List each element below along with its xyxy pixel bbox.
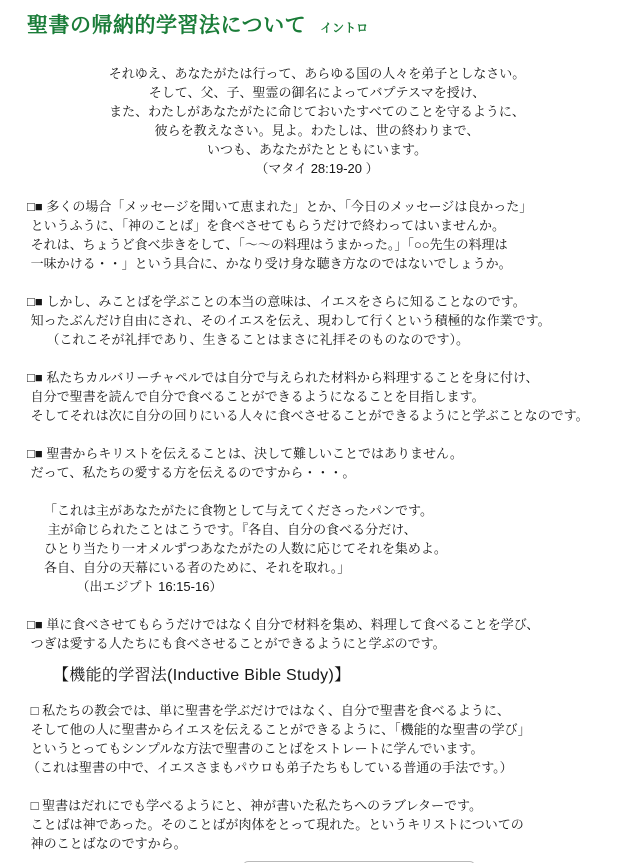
text-line: 「これは主があなたがたに食物として与えてくださったパンです。 [44, 501, 607, 520]
text-line: そしてそれは次に自分の回りにいる人々に食べさせることができるようにと学ぶことなの… [27, 406, 607, 425]
text-line: 知ったぶんだけ自由にされ、そのイエスを伝え、現わして行くという積極的な作業です。 [27, 311, 607, 330]
text-line: ひとり当たり一オメルずつあなたがたの人数に応じてそれを集めよ。 [44, 539, 607, 558]
text-line: （出エジプト 16:15-16） [44, 577, 607, 596]
text-line: 自分で聖書を読んで自分で食べることができるようになることを目指します。 [27, 387, 607, 406]
text-line: （これこそが礼拝であり、生きることはまさに礼拝そのものなのです）。 [27, 330, 607, 349]
text-line: □■ 多くの場合「メッセージを聞いて恵まれた」とか、「今日のメッセージは良かった… [27, 197, 607, 216]
text-line: □■ 単に食べさせてもらうだけではなく自分で材料を集め、料理して食べることを学び… [27, 615, 607, 634]
text-line: というふうに、「神のことば」を食べさせてもらうだけで終わってはいませんか。 [27, 216, 607, 235]
paragraph-listening-passively: □■ 多くの場合「メッセージを聞いて恵まれた」とか、「今日のメッセージは良かった… [27, 197, 607, 273]
paragraph-sharing-christ: □■ 聖書からキリストを伝えることは、決して難しいことではありません。 だって、… [27, 444, 607, 482]
text-line: □■ 聖書からキリストを伝えることは、決して難しいことではありません。 [27, 444, 607, 463]
paragraph-love-letter: □ 聖書はだれにでも学べるようにと、神が書いた私たちへのラブレターです。 ことば… [27, 796, 607, 853]
text-line: ことばは神であった。そのことばが肉体をとって現れた。というキリストについての [27, 815, 607, 834]
paragraph-calvary-chapel: □■ 私たちカルバリーチャペルでは自分で与えられた材料から料理することを身に付け… [27, 368, 607, 425]
document-page: 聖書の帰納的学習法についてイントロ それゆえ、あなたがたは行って、あらゆる国の人… [0, 0, 634, 863]
text-line: というとってもシンプルな方法で聖書のことばをストレートに学んでいます。 [27, 739, 607, 758]
matthew-quote-block: それゆえ、あなたがたは行って、あらゆる国の人々を弟子としなさい。そして、父、子、… [27, 64, 607, 178]
text-line: 神のことばなのですから。 [27, 834, 607, 853]
text-line: 各自、自分の天幕にいる者のために、それを取れ。」 [44, 558, 607, 577]
text-line: （マタイ 28:19-20 ） [27, 159, 607, 178]
text-line: □■ しかし、みことばを学ぶことの本当の意味は、イエスをさらに知ることなのです。 [27, 292, 607, 311]
text-line: 彼らを教えなさい。見よ。わたしは、世の終わりまで、 [27, 121, 607, 140]
section-heading-inductive-bible-study: 【機能的学習法(Inductive Bible Study)】 [53, 665, 607, 687]
text-line: そして他の人に聖書からイエスを伝えることができるように、「機能的な聖書の学び」 [27, 720, 607, 739]
paragraph-learn-to-cook: □■ 単に食べさせてもらうだけではなく自分で材料を集め、料理して食べることを学び… [27, 615, 607, 653]
text-line: また、わたしがあなたがたに命じておいたすべてのことを守るように、 [27, 102, 607, 121]
text-line: □ 聖書はだれにでも学べるようにと、神が書いた私たちへのラブレターです。 [27, 796, 607, 815]
document-title: 聖書の帰納的学習法について [27, 14, 306, 37]
text-line: つぎは愛する人たちにも食べさせることができるようにと学ぶのです。 [27, 634, 607, 653]
title-suffix-intro: イントロ [320, 21, 368, 35]
paragraph-knowing-jesus: □■ しかし、みことばを学ぶことの本当の意味は、イエスをさらに知ることなのです。… [27, 292, 607, 349]
text-line: それは、ちょうど食べ歩きをして、「～～の料理はうまかった。」「○○先生の料理は [27, 235, 607, 254]
text-line: 主が命じられたことはこうです。『各自、自分の食べる分だけ、 [44, 520, 607, 539]
text-line: それゆえ、あなたがたは行って、あらゆる国の人々を弟子としなさい。 [27, 64, 607, 83]
text-line: そして、父、子、聖霊の御名によってバプテスマを授け、 [27, 83, 607, 102]
text-line: だって、私たちの愛する方を伝えるのですから・・・。 [27, 463, 607, 482]
text-line: □ 私たちの教会では、単に聖書を学ぶだけではなく、自分で聖書を食べるように、 [27, 701, 607, 720]
exodus-quote-block: 「これは主があなたがたに食物として与えてくださったパンです。 主が命じられたこと… [27, 501, 607, 596]
paragraph-our-church-method: □ 私たちの教会では、単に聖書を学ぶだけではなく、自分で聖書を食べるように、 そ… [27, 701, 607, 777]
text-line: □■ 私たちカルバリーチャペルでは自分で与えられた材料から料理することを身に付け… [27, 368, 607, 387]
text-line: 一味かける・・」という具合に、かなり受け身な聴き方なのではないでしょうか。 [27, 254, 607, 273]
text-line: （これは聖書の中で、イエスさまもパウロも弟子たちもしている普通の手法です。） [27, 758, 607, 777]
text-line: いつも、あなたがたとともにいます。 [27, 140, 607, 159]
title-row: 聖書の帰納的学習法についてイントロ [27, 12, 607, 42]
